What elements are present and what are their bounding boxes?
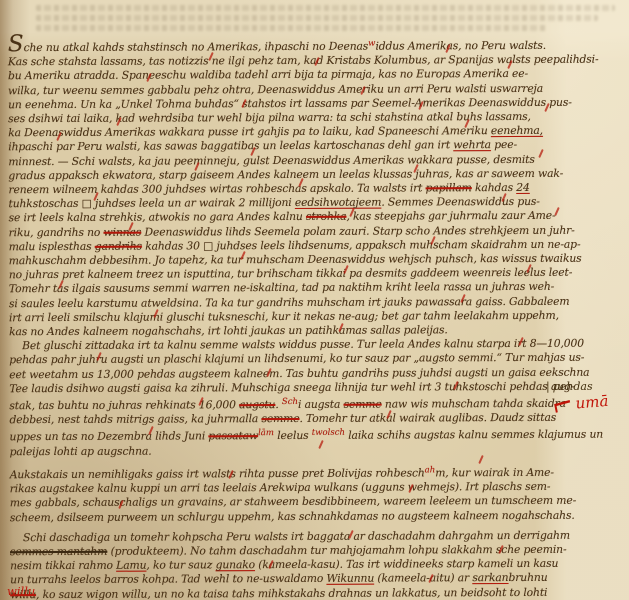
- text-segment: paleijas lohti ap augschna.: [10, 444, 152, 458]
- text-segment: , ko tur sauz: [146, 558, 215, 571]
- text-segment: eet weetahm us 13,000 pehdas augsteem ka…: [9, 365, 589, 381]
- manuscript-line: scheem, dsilseem purweem un schlurgu upp…: [10, 508, 562, 525]
- red-underlined-text: eenehma,: [491, 124, 543, 137]
- red-strikethrough-text: winnas: [104, 225, 142, 238]
- red-underlined-text: 24: [516, 181, 530, 194]
- text-segment: si saules leelu karstumu atweldsina. Ta …: [9, 294, 570, 309]
- text-segment: Schi daschadiga un tomehr kohpscha Peru …: [23, 528, 570, 543]
- black-strikethrough-text: semmes mantahm: [10, 545, 107, 558]
- red-strikethrough-text: gandrihs: [95, 239, 142, 252]
- manuscript-page: Sche nu atkal kahds stahstinsch no Ameri…: [0, 0, 629, 600]
- manuscript-line: irt arri leeli smilschu klajumi gluschi …: [9, 309, 561, 326]
- text-segment: se irt leels kalna strehkis, atwokis no …: [9, 210, 307, 224]
- text-segment: kahdas: [472, 181, 517, 194]
- red-strikethrough-text: augstu: [239, 398, 275, 411]
- text-segment: nesim tikkai rahmo: [10, 559, 116, 572]
- text-segment: debbesi, nest tahds mitrigs gaiss, ka ju…: [9, 412, 261, 426]
- red-underlined-text: eedsihwotajeem: [295, 196, 381, 209]
- text-segment: leelus: [274, 429, 312, 442]
- text-segment: laika schihs augstas kalnu semmes klajum…: [345, 428, 603, 442]
- text-segment: kahdas 30 □ juhdses leels lihdsenums, ap…: [142, 238, 581, 253]
- text-segment: riku, gandrihs no: [9, 225, 104, 238]
- text-segment: bu Ameriku atradda. Spaneeschu waldiba t…: [8, 67, 528, 82]
- initial-capital: S: [8, 31, 24, 57]
- text-segment: mes gabbals, schauschaligs un gravains, …: [10, 494, 576, 509]
- margin-note-willu-red: willu: [7, 584, 35, 598]
- text-segment: (kameela-kasu). Tas irt widdineeks starp…: [255, 557, 558, 571]
- text-segment: Aukstakais un nemihligaks gaiss irt wals…: [10, 466, 425, 481]
- ink-bleedthrough: [36, 5, 615, 39]
- text-segment: uppes un tas no Dezembra lihds Juni: [9, 430, 208, 444]
- red-strikethrough-text: strohka: [306, 210, 346, 223]
- text-segment: (kameela-aitu) ar: [374, 571, 472, 584]
- manuscript-text-block: Sche nu atkal kahds stahstinsch no Ameri…: [8, 36, 562, 600]
- red-underlined-text: Lamu: [116, 559, 146, 572]
- text-segment: , kas steepjahs gar juhrmalu zaur Ame-: [346, 209, 555, 223]
- red-strikethrough-text: semme: [344, 398, 382, 411]
- text-segment: (produkteem). No tahm daschadahm tur mah…: [107, 543, 566, 558]
- text-segment: Bet gluschi zittadaka irt ta kalnu semme…: [22, 337, 584, 352]
- text-segment: mahkuschahm debbesihm. Jo tapehz, ka tur…: [9, 252, 582, 267]
- red-interlinear-insertion: Sch: [282, 397, 298, 407]
- text-segment: reneem wilneem kahdas 300 juhdses wirtas…: [8, 181, 425, 196]
- text-segment: . Tomehr tur atkal wairak auglibas. Daud…: [299, 411, 556, 425]
- text-segment: iddus Amerikas, no Peru walsts.: [375, 39, 546, 53]
- text-segment: ihpaschi par Peru walsti, kas sawas bagg…: [8, 139, 453, 154]
- red-underlined-text: Wikunnu: [326, 572, 374, 585]
- red-strikethrough-text: papillam: [426, 181, 472, 194]
- text-segment: no juhras pret kalneem treez un isputtin…: [9, 266, 572, 281]
- text-segment: , ko sauz wigon willu, un no ka taisa ta…: [36, 585, 547, 600]
- text-segment: i augsta: [298, 398, 344, 411]
- text-segment: Tomehr tas ilgais sausums semmi warren n…: [9, 280, 554, 295]
- margin-correction-text: umā: [575, 392, 609, 413]
- text-segment: gradus appaksch ekwatora, starp gaiseem …: [8, 167, 563, 182]
- red-strikethrough-text: passataw: [208, 430, 258, 443]
- red-strikethrough-text: semme: [261, 412, 299, 425]
- manuscript-line: willu, ko sauz wigon willu, un no ka tai…: [10, 585, 562, 600]
- text-segment: ses dsihwi tai laika, kad wehrdsiba tur …: [8, 110, 531, 125]
- text-segment: che nu atkal kahds stahstinsch no Amerik…: [24, 40, 369, 55]
- text-segment: un turrahs leelos barros kohpa. Tad wehl…: [10, 572, 326, 586]
- text-segment: rikas augstakee kalnu kuppi un arri tas …: [10, 480, 551, 495]
- text-segment: irt arri leeli smilschu klajumi gluschi …: [9, 309, 559, 324]
- text-segment: stak, tas buhtu no juhras rehkinats 16,0…: [9, 398, 239, 412]
- text-segment: un eenehma. Un ka „Unkel Tohma buhdas“ s…: [8, 96, 572, 111]
- text-segment: malu isplesthas: [9, 240, 95, 253]
- text-segment: naw wis muhscham tahda skaidra: [382, 397, 566, 411]
- text-segment: kas no Andes kalneem nogahschahs, irt lo…: [9, 323, 448, 338]
- text-segment: pee-: [491, 138, 517, 151]
- text-segment: wilka, tur weenu semmes gabbalu pehz oht…: [8, 81, 543, 96]
- text-segment: bruhnu: [508, 571, 547, 584]
- text-segment: ka Deenaswiddus Amerikas wakkara pusse i…: [8, 124, 491, 139]
- manuscript-line: paleijas lohti ap augschna.: [10, 442, 562, 459]
- red-underlined-text: wehrta: [453, 139, 491, 152]
- text-segment: scheem, dsilseem purweem un schlurgu upp…: [10, 508, 575, 523]
- text-segment: . Semmes Deenaswiddus pus-: [381, 195, 540, 209]
- text-segment: Deenaswiddus lihds Seemela polam zauri. …: [141, 223, 574, 238]
- margin-note-correction-red: ⌐umā: [555, 392, 609, 414]
- text-segment: tuhkstoschas □ juhdses leela un ar waira…: [8, 196, 294, 210]
- red-interlinear-insertion: ah: [425, 465, 436, 475]
- text-segment: minnest. — Schi walsts, ka jau peeminnej…: [8, 153, 534, 168]
- text-segment: m, kur wairak in Ame-: [435, 466, 554, 480]
- red-interlinear-insertion: w: [368, 39, 375, 49]
- red-interlinear-insertion: lām: [258, 429, 274, 439]
- text-segment: Tee laudis dsihwo augsti gaisa ka zihrul…: [9, 380, 574, 395]
- red-underlined-text: sarkan: [472, 571, 508, 584]
- red-interlinear-insertion: twolsch: [312, 428, 345, 438]
- red-underlined-text: gunako: [216, 558, 255, 571]
- manuscript-line: uppes un tas no Dezembra lihds Juni pass…: [9, 425, 561, 445]
